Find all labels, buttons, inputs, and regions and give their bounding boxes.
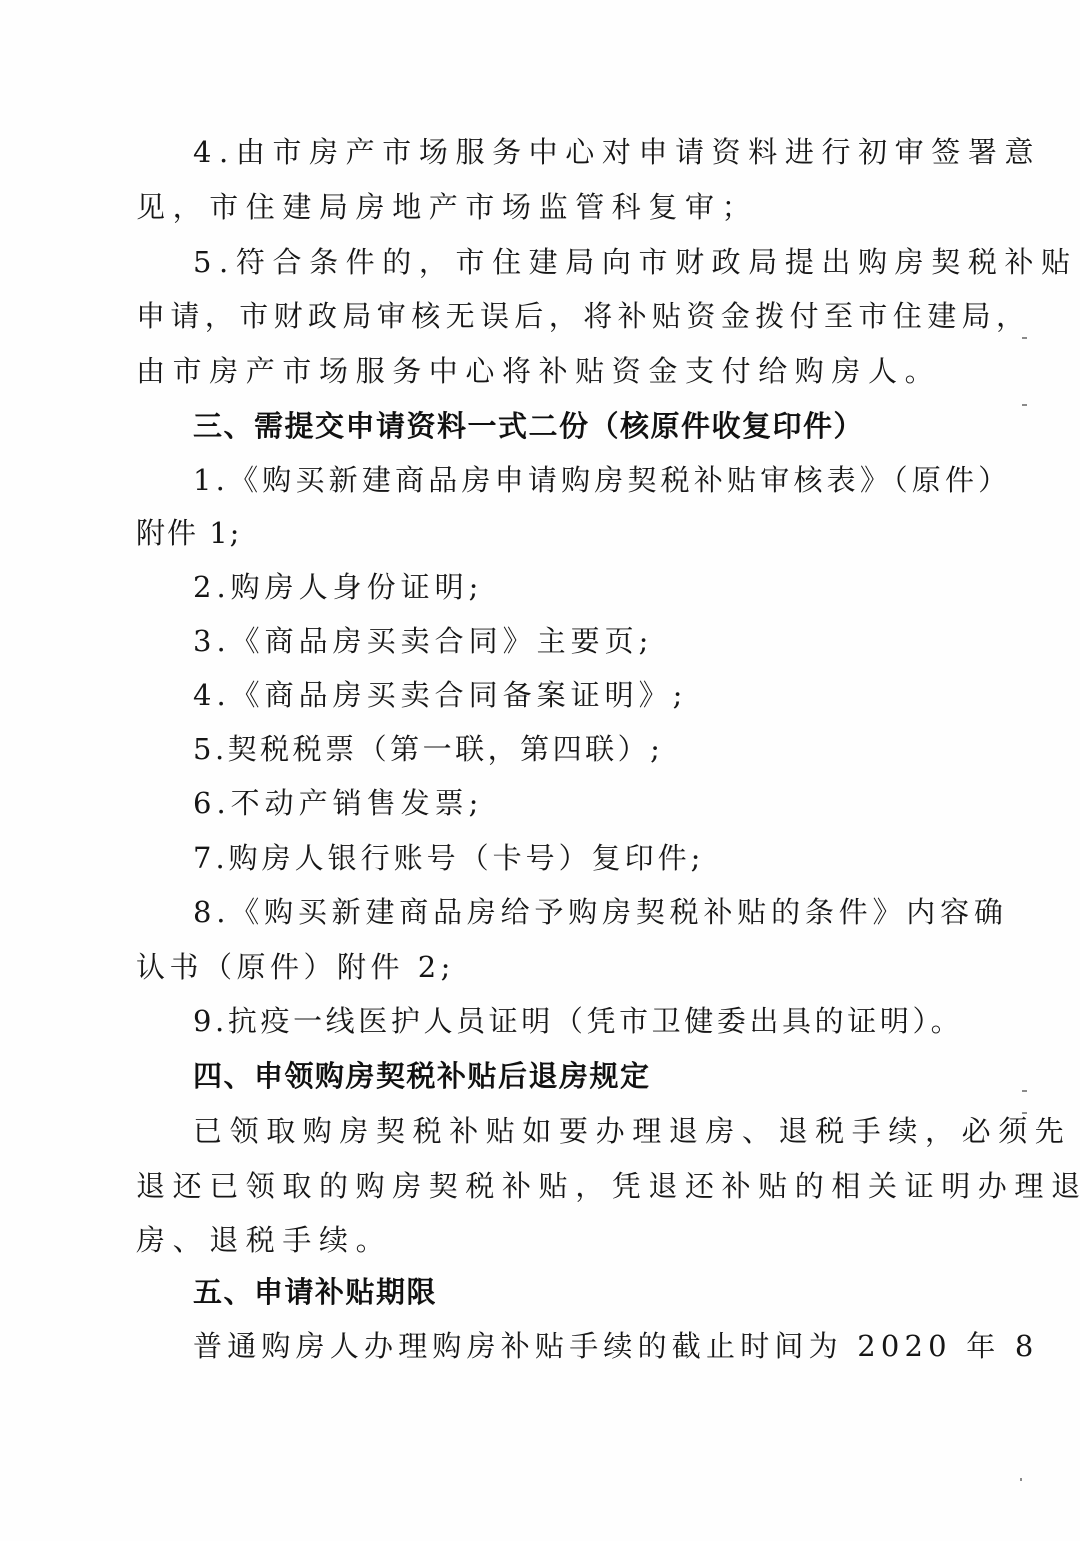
scan-mark	[1022, 404, 1027, 406]
body-line-item-4-cont: 见，市住建局房地产市场监管科复审；	[136, 189, 758, 225]
list-item-1: 1.《购买新建商品房申请购房契税补贴审核表》（原件）	[193, 462, 1011, 498]
body-line-item-4: 4.由市房产市场服务中心对申请资料进行初审签署意	[193, 134, 1041, 170]
section-heading-4: 四、申领购房契税补贴后退房规定	[193, 1058, 651, 1094]
list-item-8: 8.《购买新建商品房给予购房契税补贴的条件》内容确	[193, 894, 1008, 930]
list-item-9: 9.抗疫一线医护人员证明（凭市卫健委出具的证明）。	[193, 1003, 963, 1039]
list-item-4: 4.《商品房买卖合同备案证明》;	[193, 677, 687, 713]
body-line-deadline: 普通购房人办理购房补贴手续的截止时间为 2020 年 8	[193, 1328, 1039, 1364]
scan-mark	[1022, 1090, 1027, 1092]
section-heading-3: 三、需提交申请资料一式二份（核原件收复印件）	[193, 408, 864, 444]
body-line-refund-3: 房、退税手续。	[136, 1222, 392, 1258]
list-item-3: 3.《商品房买卖合同》主要页;	[193, 623, 653, 659]
body-line-item-5-cont-1: 申请，市财政局审核无误后，将补贴资金拨付至市住建局，	[136, 298, 1030, 334]
body-line-item-5-cont-2: 由市房产市场服务中心将补贴资金支付给购房人。	[136, 353, 941, 389]
body-line-refund-2: 退还已领取的购房契税补贴，凭退还补贴的相关证明办理退	[136, 1168, 1080, 1204]
list-item-5: 5.契税税票（第一联，第四联）;	[193, 731, 663, 767]
list-item-6: 6.不动产销售发票;	[193, 785, 483, 821]
scan-mark	[1022, 1112, 1027, 1114]
list-item-2: 2.购房人身份证明;	[193, 569, 483, 605]
scan-mark	[1022, 337, 1027, 339]
document-page: 4.由市房产市场服务中心对申请资料进行初审签署意 见，市住建局房地产市场监管科复…	[0, 0, 1080, 1541]
body-line-item-5: 5.符合条件的，市住建局向市财政局提出购房契税补贴	[193, 244, 1078, 280]
list-item-1-cont: 附件 1;	[136, 515, 241, 551]
list-item-8-cont: 认书（原件）附件 2;	[136, 949, 455, 985]
body-line-refund-1: 已领取购房契税补贴如要办理退房、退税手续，必须先	[193, 1113, 1071, 1149]
list-item-7: 7.购房人银行账号（卡号）复印件;	[193, 840, 704, 876]
section-heading-5: 五、申请补贴期限	[193, 1274, 437, 1310]
scan-mark	[1020, 1478, 1022, 1481]
